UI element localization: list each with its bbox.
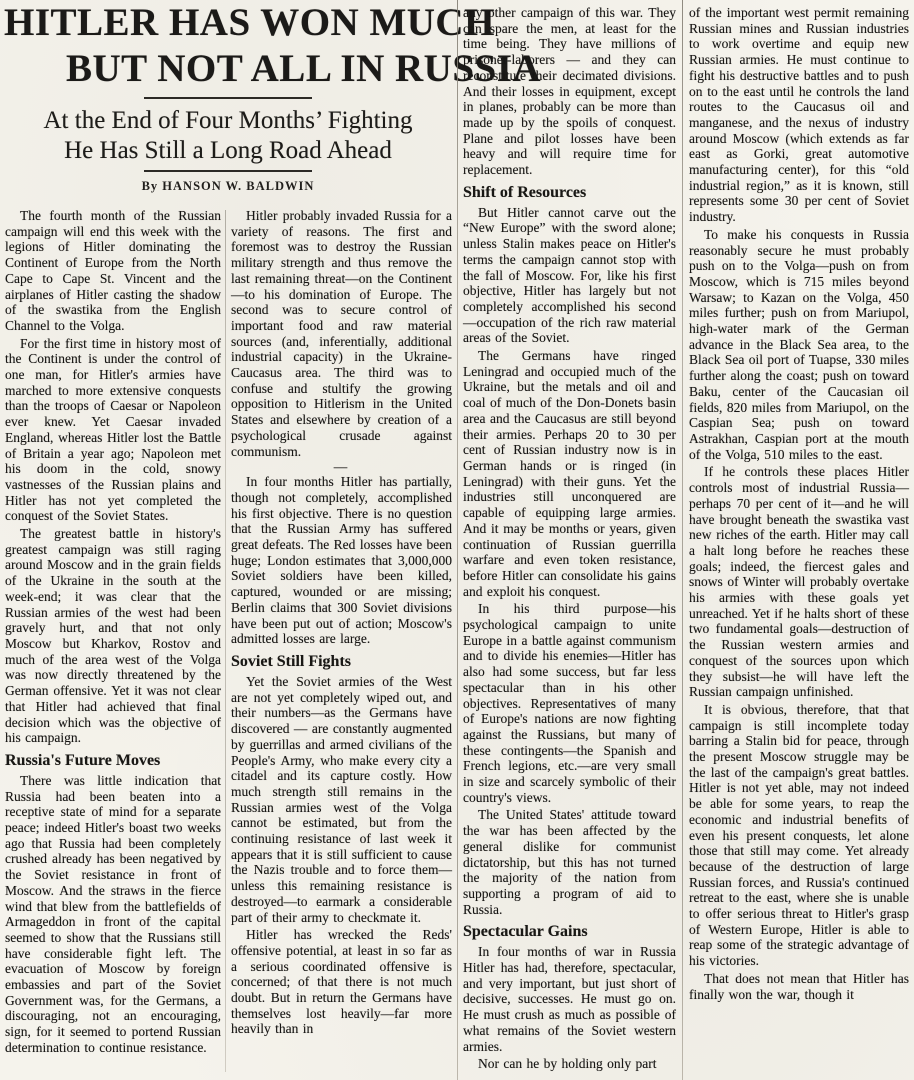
paragraph: In four months of war in Russia Hitler h… bbox=[463, 944, 676, 1054]
paragraph: That does not mean that Hitler has final… bbox=[689, 971, 909, 1002]
subhead-line-2: He Has Still a Long Road Ahead bbox=[0, 136, 456, 166]
paragraph: It is obvious, therefore, that that camp… bbox=[689, 702, 909, 969]
paragraph: of the important west permit remaining R… bbox=[689, 5, 909, 225]
column-3: any other campaign of this war. They can… bbox=[463, 5, 676, 1074]
headline-line-1: HITLER HAS WON MUCH bbox=[0, 0, 456, 46]
paragraph: In his third purpose—his psychological c… bbox=[463, 601, 676, 805]
column-1: The fourth month of the Russian campaign… bbox=[5, 208, 221, 1058]
article-header: HITLER HAS WON MUCH BUT NOT ALL IN RUSSI… bbox=[0, 0, 456, 206]
paragraph: Hitler probably invaded Russia for a var… bbox=[231, 208, 452, 459]
column-rule bbox=[225, 210, 226, 1072]
paragraph: Nor can he by holding only part bbox=[463, 1056, 676, 1072]
paragraph: The fourth month of the Russian campaign… bbox=[5, 208, 221, 334]
column-2: Hitler probably invaded Russia for a var… bbox=[231, 208, 452, 1039]
section-subhead: Shift of Resources bbox=[463, 184, 676, 202]
column-4: of the important west permit remaining R… bbox=[689, 5, 909, 1004]
section-subhead: Spectacular Gains bbox=[463, 923, 676, 941]
paragraph: There was little indication that Russia … bbox=[5, 773, 221, 1056]
headline: HITLER HAS WON MUCH BUT NOT ALL IN RUSSI… bbox=[0, 0, 456, 92]
newspaper-clipping: HITLER HAS WON MUCH BUT NOT ALL IN RUSSI… bbox=[0, 0, 914, 1080]
section-subhead: Russia's Future Moves bbox=[5, 752, 221, 770]
subhead-divider bbox=[144, 170, 312, 172]
byline: By HANSON W. BALDWIN bbox=[0, 179, 456, 194]
section-subhead: Soviet Still Fights bbox=[231, 653, 452, 671]
paragraph: Hitler has wrecked the Reds' offensive p… bbox=[231, 927, 452, 1037]
paragraph: For the first time in history most of th… bbox=[5, 336, 221, 524]
paragraph: If he controls these places Hitler contr… bbox=[689, 464, 909, 700]
subhead-line-1: At the End of Four Months’ Fighting bbox=[0, 106, 456, 136]
paragraph: The greatest battle in history's greates… bbox=[5, 526, 221, 746]
headline-line-2: BUT NOT ALL IN RUSSIA bbox=[0, 46, 456, 92]
paragraph: Yet the Soviet armies of the West are no… bbox=[231, 674, 452, 925]
paragraph: But Hitler cannot carve out the “New Eur… bbox=[463, 205, 676, 346]
column-rule bbox=[457, 0, 458, 1080]
subhead: At the End of Four Months’ Fighting He H… bbox=[0, 106, 456, 165]
paragraph-separator-dash: — bbox=[231, 461, 452, 473]
paragraph: The Germans have ringed Leningrad and oc… bbox=[463, 348, 676, 599]
paragraph: any other campaign of this war. They can… bbox=[463, 5, 676, 178]
paragraph: To make his conquests in Russia reasonab… bbox=[689, 227, 909, 463]
headline-divider bbox=[144, 97, 312, 99]
column-rule bbox=[682, 0, 683, 1080]
paragraph: In four months Hitler has partially, tho… bbox=[231, 474, 452, 647]
paragraph: The United States' attitude toward the w… bbox=[463, 807, 676, 917]
